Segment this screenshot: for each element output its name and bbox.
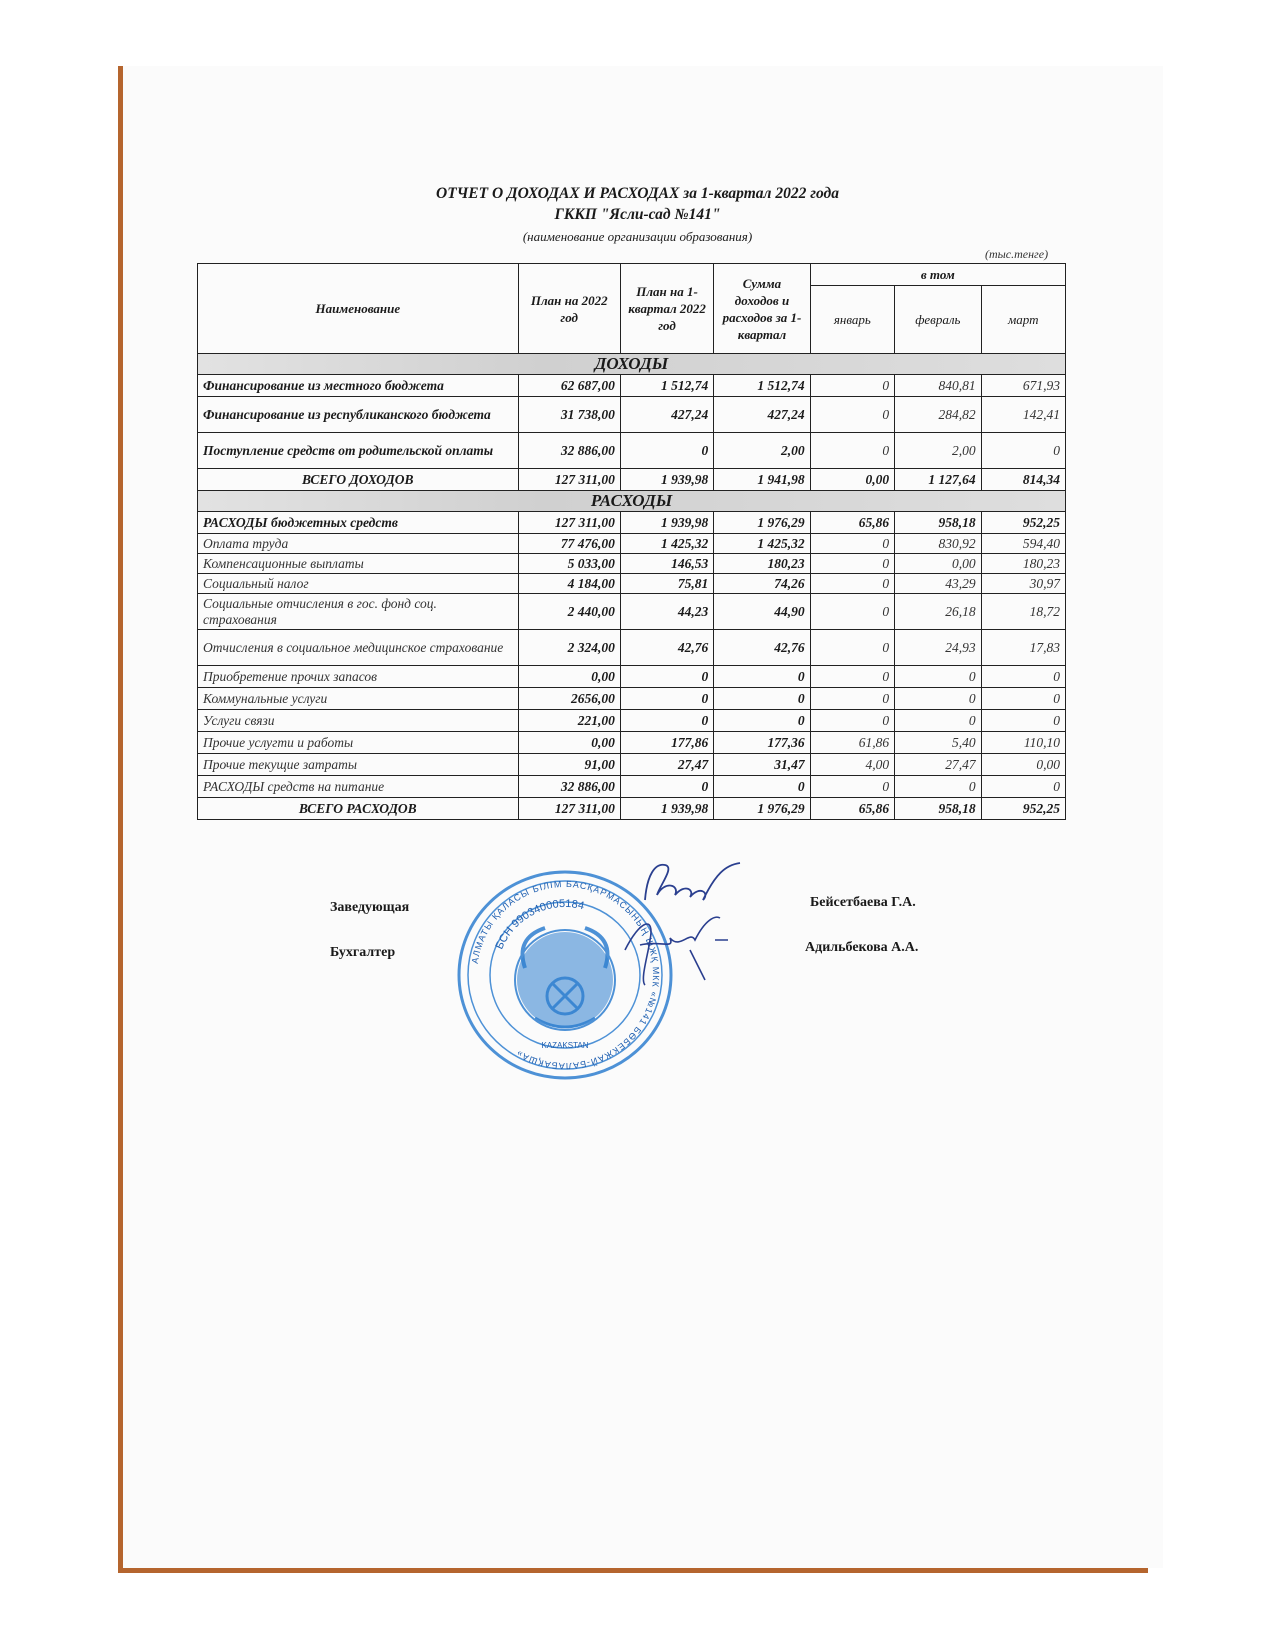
cell-mar: 18,72 xyxy=(981,594,1065,630)
cell-jan: 0 xyxy=(810,594,894,630)
cell-sum-q1: 1 976,29 xyxy=(714,512,810,534)
expense-row: Социальные отчисления в гос. фонд соц. с… xyxy=(198,594,1066,630)
income-row: Финансирование из республиканского бюдже… xyxy=(198,397,1066,433)
cell-jan: 0,00 xyxy=(810,469,894,491)
cell-mar: 142,41 xyxy=(981,397,1065,433)
cell-jan: 0 xyxy=(810,574,894,594)
cell-plan-year: 77 476,00 xyxy=(518,534,620,554)
row-label: Финансирование из республиканского бюдже… xyxy=(198,397,519,433)
cell-plan-q1: 0 xyxy=(620,688,713,710)
cell-plan-q1: 1 939,98 xyxy=(620,469,713,491)
cell-sum-q1: 427,24 xyxy=(714,397,810,433)
cell-plan-year: 32 886,00 xyxy=(518,776,620,798)
cell-mar: 30,97 xyxy=(981,574,1065,594)
cell-jan: 65,86 xyxy=(810,798,894,820)
section-income: ДОХОДЫ xyxy=(198,354,1066,375)
cell-feb: 0 xyxy=(895,776,982,798)
cell-jan: 0 xyxy=(810,375,894,397)
cell-plan-q1: 0 xyxy=(620,666,713,688)
cell-sum-q1: 42,76 xyxy=(714,630,810,666)
expense-row: Компенсационные выплаты5 033,00146,53180… xyxy=(198,554,1066,574)
cell-mar: 671,93 xyxy=(981,375,1065,397)
col-group-header: в том xyxy=(810,264,1065,286)
cell-mar: 17,83 xyxy=(981,630,1065,666)
row-label: Приобретение прочих запасов xyxy=(198,666,519,688)
cell-plan-q1: 1 425,32 xyxy=(620,534,713,554)
page-edge-bottom xyxy=(118,1568,1148,1573)
cell-plan-q1: 27,47 xyxy=(620,754,713,776)
expense-row: Прочие услугти и работы0,00177,86177,366… xyxy=(198,732,1066,754)
cell-jan: 0 xyxy=(810,433,894,469)
cell-sum-q1: 0 xyxy=(714,710,810,732)
cell-plan-q1: 75,81 xyxy=(620,574,713,594)
cell-feb: 284,82 xyxy=(895,397,982,433)
cell-plan-year: 127 311,00 xyxy=(518,798,620,820)
section-expense: РАСХОДЫ xyxy=(198,491,1066,512)
cell-plan-q1: 42,76 xyxy=(620,630,713,666)
cell-plan-q1: 0 xyxy=(620,710,713,732)
cell-feb: 43,29 xyxy=(895,574,982,594)
row-label: РАСХОДЫ средств на питание xyxy=(198,776,519,798)
expense-row: Оплата труда77 476,001 425,321 425,32083… xyxy=(198,534,1066,554)
income-row: Финансирование из местного бюджета62 687… xyxy=(198,375,1066,397)
row-label: Прочие текущие затраты xyxy=(198,754,519,776)
col-sum-q1-header: Сумма доходов и расходов за 1-квартал xyxy=(714,264,810,354)
cell-sum-q1: 1 941,98 xyxy=(714,469,810,491)
cell-feb: 27,47 xyxy=(895,754,982,776)
row-label: Социальные отчисления в гос. фонд соц. с… xyxy=(198,594,519,630)
cell-plan-q1: 1 939,98 xyxy=(620,798,713,820)
report-table: Наименование План на 2022 год План на 1-… xyxy=(197,263,1066,820)
cell-plan-q1: 427,24 xyxy=(620,397,713,433)
cell-plan-year: 221,00 xyxy=(518,710,620,732)
col-feb-header: февраль xyxy=(895,286,982,354)
cell-plan-year: 91,00 xyxy=(518,754,620,776)
expense-row: Приобретение прочих запасов0,0000000 xyxy=(198,666,1066,688)
cell-jan: 4,00 xyxy=(810,754,894,776)
cell-sum-q1: 1 512,74 xyxy=(714,375,810,397)
row-label: ВСЕГО ДОХОДОВ xyxy=(198,469,519,491)
col-jan-header: январь xyxy=(810,286,894,354)
expense-row: Социальный налог4 184,0075,8174,26043,29… xyxy=(198,574,1066,594)
cell-feb: 0 xyxy=(895,688,982,710)
cell-jan: 65,86 xyxy=(810,512,894,534)
expense-row: РАСХОДЫ бюджетных средств127 311,001 939… xyxy=(198,512,1066,534)
accountant-role: Бухгалтер xyxy=(330,945,395,961)
cell-mar: 0 xyxy=(981,710,1065,732)
cell-jan: 0 xyxy=(810,688,894,710)
cell-plan-year: 127 311,00 xyxy=(518,469,620,491)
cell-feb: 26,18 xyxy=(895,594,982,630)
cell-plan-q1: 146,53 xyxy=(620,554,713,574)
row-label: Прочие услугти и работы xyxy=(198,732,519,754)
expense-total-row: ВСЕГО РАСХОДОВ127 311,001 939,981 976,29… xyxy=(198,798,1066,820)
cell-feb: 830,92 xyxy=(895,534,982,554)
cell-feb: 0,00 xyxy=(895,554,982,574)
cell-feb: 24,93 xyxy=(895,630,982,666)
row-label: Социальный налог xyxy=(198,574,519,594)
cell-feb: 5,40 xyxy=(895,732,982,754)
expense-row: РАСХОДЫ средств на питание32 886,0000000 xyxy=(198,776,1066,798)
row-label: Услуги связи xyxy=(198,710,519,732)
cell-sum-q1: 1 425,32 xyxy=(714,534,810,554)
expense-row: Услуги связи221,0000000 xyxy=(198,710,1066,732)
expense-row: Коммунальные услуги2656,0000000 xyxy=(198,688,1066,710)
cell-mar: 952,25 xyxy=(981,798,1065,820)
cell-sum-q1: 180,23 xyxy=(714,554,810,574)
cell-sum-q1: 0 xyxy=(714,688,810,710)
row-label: Поступление средств от родительской опла… xyxy=(198,433,519,469)
expense-row: Прочие текущие затраты91,0027,4731,474,0… xyxy=(198,754,1066,776)
row-label: Оплата труда xyxy=(198,534,519,554)
col-plan-q1-header: План на 1-квартал 2022 год xyxy=(620,264,713,354)
cell-plan-year: 2656,00 xyxy=(518,688,620,710)
cell-plan-year: 0,00 xyxy=(518,666,620,688)
cell-feb: 958,18 xyxy=(895,798,982,820)
cell-plan-year: 5 033,00 xyxy=(518,554,620,574)
head-role: Заведующая xyxy=(330,900,409,916)
accountant-name: Адильбекова А.А. xyxy=(805,940,918,956)
cell-sum-q1: 177,36 xyxy=(714,732,810,754)
income-total-row: ВСЕГО ДОХОДОВ127 311,001 939,981 941,980… xyxy=(198,469,1066,491)
cell-plan-q1: 0 xyxy=(620,433,713,469)
cell-mar: 0 xyxy=(981,433,1065,469)
cell-jan: 61,86 xyxy=(810,732,894,754)
cell-plan-year: 0,00 xyxy=(518,732,620,754)
income-row: Поступление средств от родительской опла… xyxy=(198,433,1066,469)
head-signature-icon xyxy=(635,855,745,915)
cell-plan-q1: 0 xyxy=(620,776,713,798)
organization-caption: (наименование организации образования) xyxy=(0,229,1275,245)
cell-plan-q1: 1 939,98 xyxy=(620,512,713,534)
cell-plan-year: 127 311,00 xyxy=(518,512,620,534)
cell-jan: 0 xyxy=(810,534,894,554)
cell-feb: 840,81 xyxy=(895,375,982,397)
cell-plan-q1: 177,86 xyxy=(620,732,713,754)
cell-jan: 0 xyxy=(810,666,894,688)
cell-plan-year: 62 687,00 xyxy=(518,375,620,397)
row-label: Коммунальные услуги xyxy=(198,688,519,710)
row-label: Финансирование из местного бюджета xyxy=(198,375,519,397)
col-mar-header: март xyxy=(981,286,1065,354)
cell-sum-q1: 2,00 xyxy=(714,433,810,469)
organization-name: ГККП "Ясли-сад №141" xyxy=(0,206,1275,224)
cell-plan-year: 32 886,00 xyxy=(518,433,620,469)
cell-mar: 0,00 xyxy=(981,754,1065,776)
head-name: Бейсетбаева Г.А. xyxy=(810,895,916,911)
cell-sum-q1: 0 xyxy=(714,666,810,688)
cell-jan: 0 xyxy=(810,554,894,574)
report-title: ОТЧЕТ О ДОХОДАХ И РАСХОДАХ за 1-квартал … xyxy=(0,185,1275,203)
units-label: (тыс.тенге) xyxy=(985,247,1048,262)
cell-plan-q1: 1 512,74 xyxy=(620,375,713,397)
cell-mar: 0 xyxy=(981,688,1065,710)
cell-jan: 0 xyxy=(810,397,894,433)
row-label: РАСХОДЫ бюджетных средств xyxy=(198,512,519,534)
svg-text:KAZAKSTAN: KAZAKSTAN xyxy=(542,1041,589,1050)
cell-mar: 952,25 xyxy=(981,512,1065,534)
cell-mar: 180,23 xyxy=(981,554,1065,574)
cell-plan-year: 2 324,00 xyxy=(518,630,620,666)
col-name-header: Наименование xyxy=(198,264,519,354)
cell-mar: 0 xyxy=(981,776,1065,798)
expense-row: Отчисления в социальное медицинское стра… xyxy=(198,630,1066,666)
cell-feb: 958,18 xyxy=(895,512,982,534)
cell-plan-year: 2 440,00 xyxy=(518,594,620,630)
cell-sum-q1: 31,47 xyxy=(714,754,810,776)
cell-sum-q1: 44,90 xyxy=(714,594,810,630)
cell-plan-year: 31 738,00 xyxy=(518,397,620,433)
col-plan-year-header: План на 2022 год xyxy=(518,264,620,354)
cell-plan-year: 4 184,00 xyxy=(518,574,620,594)
cell-sum-q1: 74,26 xyxy=(714,574,810,594)
cell-sum-q1: 1 976,29 xyxy=(714,798,810,820)
cell-feb: 0 xyxy=(895,710,982,732)
cell-plan-q1: 44,23 xyxy=(620,594,713,630)
cell-mar: 814,34 xyxy=(981,469,1065,491)
cell-feb: 1 127,64 xyxy=(895,469,982,491)
row-label: Отчисления в социальное медицинское стра… xyxy=(198,630,519,666)
cell-mar: 594,40 xyxy=(981,534,1065,554)
cell-sum-q1: 0 xyxy=(714,776,810,798)
row-label: Компенсационные выплаты xyxy=(198,554,519,574)
cell-mar: 0 xyxy=(981,666,1065,688)
cell-mar: 110,10 xyxy=(981,732,1065,754)
accountant-signature-icon xyxy=(620,910,740,990)
row-label: ВСЕГО РАСХОДОВ xyxy=(198,798,519,820)
cell-feb: 0 xyxy=(895,666,982,688)
cell-feb: 2,00 xyxy=(895,433,982,469)
cell-jan: 0 xyxy=(810,776,894,798)
cell-jan: 0 xyxy=(810,630,894,666)
cell-jan: 0 xyxy=(810,710,894,732)
